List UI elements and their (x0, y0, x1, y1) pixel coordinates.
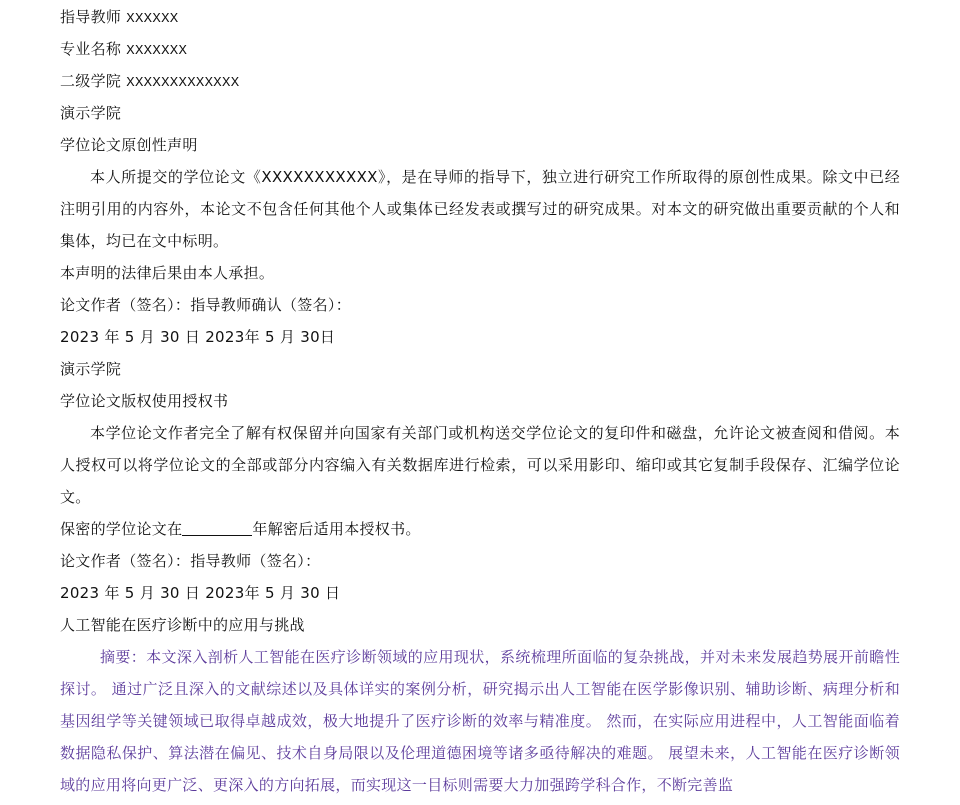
copyright-school-name: 演示学院 (60, 353, 900, 385)
advisor-value: XXXXXX (126, 11, 178, 27)
college-value: XXXXXXXXXXXXX (126, 75, 239, 91)
originality-body: 本人所提交的学位论文《XXXXXXXXXXX》，是在导师的指导下，独立进行研究工… (60, 161, 900, 257)
year-blank-field (182, 517, 252, 536)
copyright-secret-line: 保密的学位论文在年解密后适用本授权书。 (60, 513, 900, 545)
originality-date-line: 2023 年 5 月 30 日 2023年 5 月 30日 (60, 321, 900, 353)
major-value: XXXXXXX (126, 43, 187, 59)
originality-legal: 本声明的法律后果由本人承担。 (60, 257, 900, 289)
originality-title: 学位论文原创性声明 (60, 129, 900, 161)
paper-abstract: 摘要：本文深入剖析人工智能在医疗诊断领域的应用现状，系统梳理所面临的复杂挑战，并… (60, 641, 900, 801)
secret-prefix: 保密的学位论文在 (60, 520, 182, 538)
college-line: 二级学院 XXXXXXXXXXXXX (60, 65, 900, 97)
secret-suffix: 年解密后适用本授权书。 (252, 520, 420, 538)
originality-signature-line: 论文作者（签名）：指导教师确认（签名）： (60, 289, 900, 321)
copyright-date-line: 2023 年 5 月 30 日 2023年 5 月 30 日 (60, 577, 900, 609)
copyright-signature-line: 论文作者（签名）：指导教师（签名）： (60, 545, 900, 577)
school-name: 演示学院 (60, 97, 900, 129)
paper-title: 人工智能在医疗诊断中的应用与挑战 (60, 609, 900, 641)
college-label: 二级学院 (60, 72, 121, 90)
advisor-line: 指导教师 XXXXXX (60, 1, 900, 33)
copyright-title: 学位论文版权使用授权书 (60, 385, 900, 417)
major-line: 专业名称 XXXXXXX (60, 33, 900, 65)
major-label: 专业名称 (60, 40, 121, 58)
document-page: 指导教师 XXXXXX 专业名称 XXXXXXX 二级学院 XXXXXXXXXX… (60, 0, 900, 801)
copyright-body: 本学位论文作者完全了解有权保留并向国家有关部门或机构送交学位论文的复印件和磁盘，… (60, 417, 900, 513)
advisor-label: 指导教师 (60, 8, 121, 26)
